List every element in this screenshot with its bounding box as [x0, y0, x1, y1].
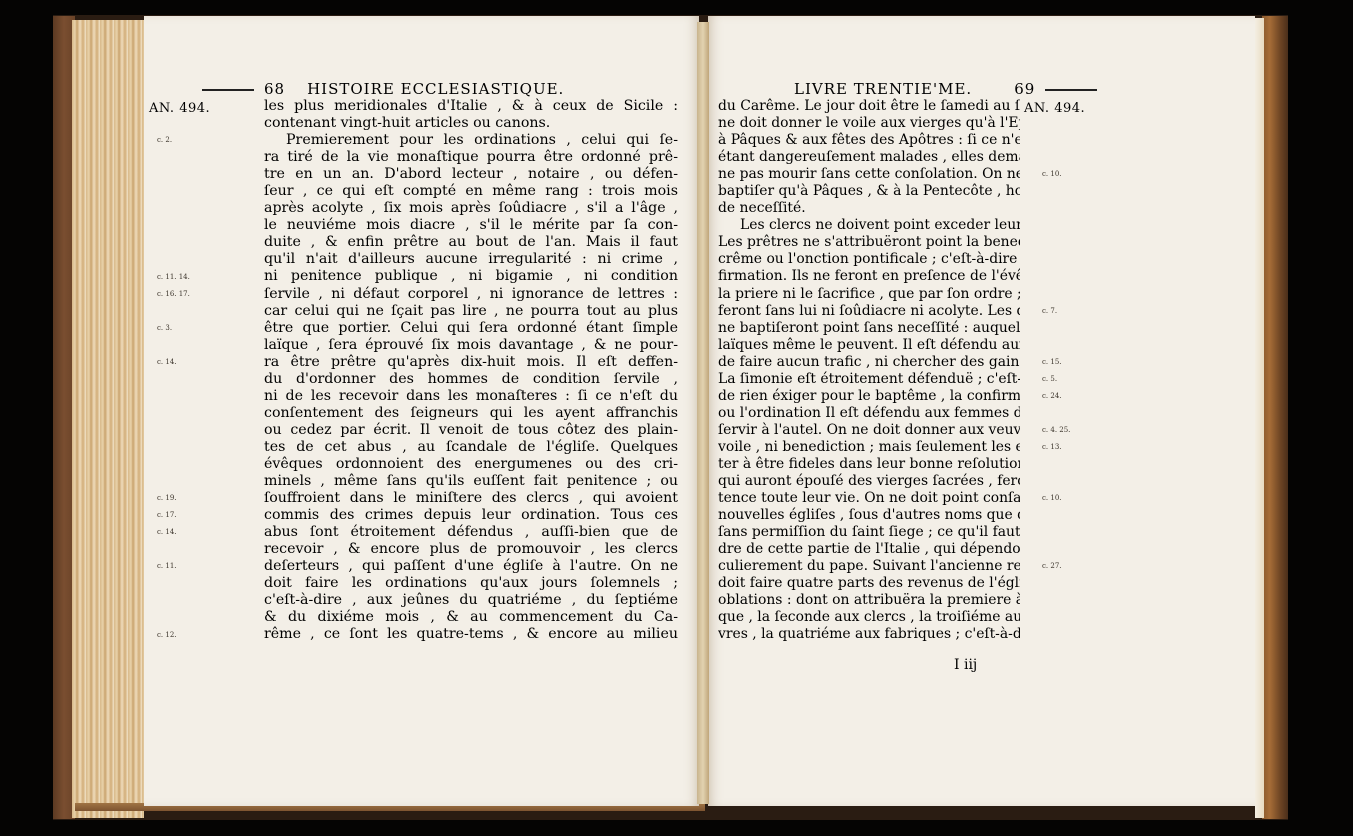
text-line: être que portier. Celui qui ſera ordonné…: [264, 320, 678, 337]
text-line: Les clercs ne doivent point exceder leur…: [718, 217, 1020, 234]
header-rule: [1045, 89, 1097, 91]
margin-note: c. 13.: [1042, 443, 1062, 451]
margin-note: c. 24.: [1042, 392, 1062, 400]
margin-note: c. 14.: [157, 528, 177, 536]
left-body-text: les plus meridionales d'Italie , & à ceu…: [264, 98, 678, 644]
text-line: abus ſont étroitement défendus , auſſi-b…: [264, 524, 678, 541]
text-line: ter à être fideles dans leur bonne reſol…: [718, 456, 1020, 473]
text-line: ſervile , ni défaut corporel , ni ignora…: [264, 286, 678, 303]
text-line: doit faire les ordinations qu'aux jours …: [264, 575, 678, 592]
left-page-stack: [72, 20, 144, 818]
text-line: baptiſer qu'à Pâques , & à la Pentecôte …: [718, 183, 1020, 200]
text-line: qui auront épouſé des vierges ſacrées , …: [718, 473, 1020, 490]
margin-note: c. 2.: [157, 136, 172, 144]
text-line: ou cedez par écrit. Il venoit de tous cô…: [264, 422, 678, 439]
text-line: du Carême. Le jour doit être le ſamedi a…: [718, 98, 1020, 115]
text-line: Premierement pour les ordinations , celu…: [264, 132, 678, 149]
text-line: ra être prêtre qu'après dix-huit mois. I…: [264, 354, 678, 371]
text-line: & du dixiéme mois , & au commencement du…: [264, 609, 678, 626]
margin-note: c. 11. 14.: [157, 273, 190, 281]
text-line: culierement du pape. Suivant l'ancienne …: [718, 558, 1020, 575]
text-line: doit faire quatre parts des revenus de l…: [718, 575, 1020, 592]
text-line: ni de les recevoir dans les monaſteres :…: [264, 388, 678, 405]
text-line: car celui qui ne ſçait pas lire , ne pou…: [264, 303, 678, 320]
left-year-note: AN. 494.: [149, 101, 210, 116]
left-running-title: HISTOIRE ECCLESIASTIQUE.: [307, 80, 564, 98]
text-line: ou l'ordination Il eſt défendu aux femme…: [718, 405, 1020, 422]
text-line: minels , même ſans qu'ils euſſent fait p…: [264, 473, 678, 490]
text-line: firmation. Ils ne feront en preſence de …: [718, 268, 1020, 285]
margin-note: c. 10.: [1042, 494, 1062, 502]
right-page-number: 69: [1014, 80, 1035, 98]
right-year-note: AN. 494.: [1024, 101, 1085, 116]
header-rule: [202, 89, 254, 91]
text-line: laïques même le peuvent. Il eſt défendu …: [718, 337, 1020, 354]
left-running-head: 68HISTOIRE ECCLESIASTIQUE.: [202, 80, 564, 98]
text-line: ne pas mourir ſans cette conſolation. On…: [718, 166, 1020, 183]
margin-note: c. 11.: [157, 562, 177, 570]
right-cover-edge: [1262, 16, 1288, 819]
text-line: nouvelles égliſes , ſous d'autres noms q…: [718, 507, 1020, 524]
text-line: que , la ſeconde aux clercs , la troiſié…: [718, 609, 1020, 626]
right-running-head: LIVRE TRENTIE'ME.69: [794, 80, 1097, 98]
book-gutter: [697, 22, 709, 804]
text-line: de faire aucun trafic , ni chercher des …: [718, 354, 1020, 371]
text-line: ſervir à l'autel. On ne doit donner aux …: [718, 422, 1020, 439]
text-line: la priere ni le ſacrifice , que par ſon …: [718, 286, 1020, 303]
margin-note: c. 17.: [157, 511, 177, 519]
text-line: du d'ordonner des hommes de condition ſe…: [264, 371, 678, 388]
text-line: étant dangereuſement malades , elles dem…: [718, 149, 1020, 166]
margin-note: c. 3.: [157, 324, 172, 332]
text-line: tence toute leur vie. On ne doit point c…: [718, 490, 1020, 507]
text-line: après acolyte , ſix mois après ſoûdiacre…: [264, 200, 678, 217]
text-line: deſerteurs , qui paſſent d'une égliſe à …: [264, 558, 678, 575]
text-line: à Pâques & aux fêtes des Apôtres : ſi ce…: [718, 132, 1020, 149]
text-line: tre en un an. D'abord lecteur , notaire …: [264, 166, 678, 183]
text-line: oblations : dont on attribuëra la premie…: [718, 592, 1020, 609]
margin-note: c. 19.: [157, 494, 177, 502]
right-page-stack: [1255, 18, 1264, 818]
margin-note: c. 12.: [157, 631, 177, 639]
text-line: c'eſt-à-dire , aux jeûnes du quatriéme ,…: [264, 592, 678, 609]
text-line: contenant vingt-huit articles ou canons.: [264, 115, 678, 132]
signature-mark: I iij: [954, 657, 977, 673]
text-line: de neceſſité.: [718, 200, 1020, 217]
text-line: duite , & enfin prêtre au bout de l'an. …: [264, 234, 678, 251]
text-line: ne doit donner le voile aux vierges qu'à…: [718, 115, 1020, 132]
text-line: ni penitence publique , ni bigamie , ni …: [264, 268, 678, 285]
text-line: les plus meridionales d'Italie , & à ceu…: [264, 98, 678, 115]
text-line: dre de cette partie de l'Italie , qui dé…: [718, 541, 1020, 558]
text-line: ſans permiſſion du ſaint ſiege ; ce qu'i…: [718, 524, 1020, 541]
margin-note: c. 4. 25.: [1042, 426, 1070, 434]
text-line: La ſimonie eſt étroitement défenduë ; c'…: [718, 371, 1020, 388]
margin-note: c. 15.: [1042, 358, 1062, 366]
text-line: ne baptiſeront point ſans neceſſité : au…: [718, 320, 1020, 337]
text-line: vres , la quatriéme aux fabriques ; c'eſ…: [718, 626, 1020, 643]
text-line: évêques ordonnoient des energumenes ou d…: [264, 456, 678, 473]
text-line: le neuviéme mois diacre , s'il le mérite…: [264, 217, 678, 234]
text-line: feront ſans lui ni ſoûdiacre ni acolyte.…: [718, 303, 1020, 320]
right-body-text: du Carême. Le jour doit être le ſamedi a…: [718, 98, 1020, 644]
margin-note: c. 10.: [1042, 170, 1062, 178]
text-line: ra tiré de la vie monaſtique pourra être…: [264, 149, 678, 166]
text-line: tes de cet abus , au ſcandale de l'égliſ…: [264, 439, 678, 456]
margin-note: c. 27.: [1042, 562, 1062, 570]
text-line: laïque , ſera éprouvé ſix mois davantage…: [264, 337, 678, 354]
text-line: de rien éxiger pour le baptême , la conf…: [718, 388, 1020, 405]
margin-note: c. 7.: [1042, 307, 1057, 315]
text-line: commis des crimes depuis leur ordination…: [264, 507, 678, 524]
text-line: crême ou l'onction pontificale ; c'eſt-à…: [718, 251, 1020, 268]
left-page-number: 68: [264, 80, 285, 98]
margin-note: c. 14.: [157, 358, 177, 366]
margin-note: c. 16. 17.: [157, 290, 190, 298]
text-line: recevoir , & encore plus de promouvoir ,…: [264, 541, 678, 558]
text-line: qu'il n'ait d'ailleurs aucune irregulari…: [264, 251, 678, 268]
text-line: Les prêtres ne s'attribuëront point la b…: [718, 234, 1020, 251]
text-line: voile , ni benediction ; mais ſeulement …: [718, 439, 1020, 456]
margin-note: c. 5.: [1042, 375, 1057, 383]
text-line: rême , ce ſont les quatre-tems , & encor…: [264, 626, 678, 643]
text-line: conſentement des ſeigneurs qui les ayent…: [264, 405, 678, 422]
right-running-title: LIVRE TRENTIE'ME.: [794, 80, 972, 98]
text-line: ſouffroient dans le miniſtere des clercs…: [264, 490, 678, 507]
text-line: ſeur , ce qui eſt compté en même rang : …: [264, 183, 678, 200]
